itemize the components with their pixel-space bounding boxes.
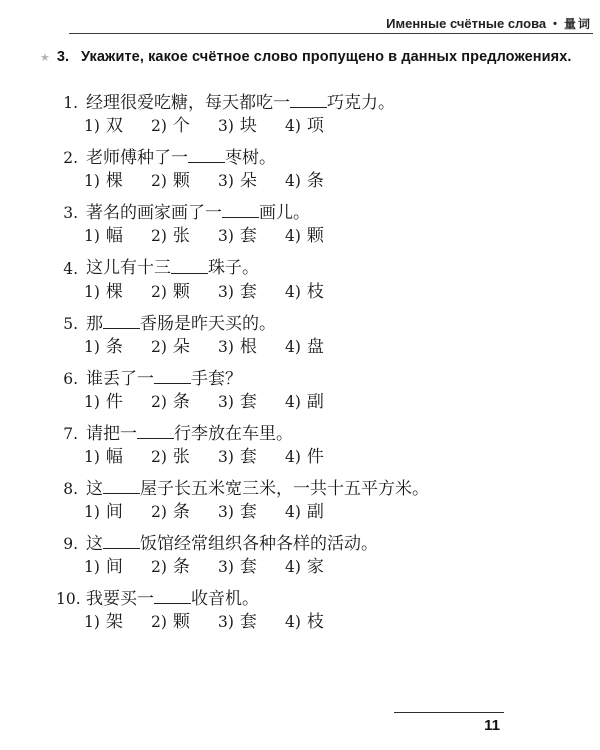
sentence-post: 珠子。 xyxy=(208,259,259,279)
option-label: 3) xyxy=(218,613,234,631)
option-value: 副 xyxy=(307,502,324,522)
option-label: 2) xyxy=(151,172,167,190)
answer-option: 1)幅 xyxy=(84,446,151,469)
answer-option: 2)条 xyxy=(151,391,218,414)
answer-option: 1)双 xyxy=(84,115,151,138)
question-10: 10. 我要买一收音机。 1)架2)颗3)套4)枝 xyxy=(0,588,600,634)
option-value: 套 xyxy=(240,447,257,467)
option-label: 4) xyxy=(285,117,301,135)
option-label: 4) xyxy=(285,283,301,301)
option-value: 颗 xyxy=(173,612,190,632)
question-number: 9. xyxy=(56,533,78,556)
sentence-post: 手套？ xyxy=(191,369,242,389)
sentence-pre: 老师傅种了一 xyxy=(86,148,188,168)
book-page: Именные счётные слова • 量词 ★ 3. Укажите,… xyxy=(0,0,600,750)
sentence-text: 这屋子长五米宽三米，一共十五平方米。 xyxy=(86,478,429,501)
question-3: 3. 著名的画家画了一画儿。 1)幅2)张3)套4)颗 xyxy=(0,202,600,248)
footer-rule xyxy=(394,712,504,713)
page-header: Именные счётные слова • 量词 xyxy=(386,15,592,32)
option-label: 3) xyxy=(218,283,234,301)
option-label: 4) xyxy=(285,503,301,521)
question-number: 7. xyxy=(56,423,78,446)
question-number: 6. xyxy=(56,368,78,391)
question-sentence: 3. 著名的画家画了一画儿。 xyxy=(0,202,600,225)
sentence-text: 我要买一收音机。 xyxy=(86,588,259,611)
answer-option: 1)间 xyxy=(84,556,151,579)
options-row: 1)条2)朵3)根4)盘 xyxy=(0,336,600,359)
options-row: 1)棵2)颗3)套4)枝 xyxy=(0,281,600,304)
option-label: 1) xyxy=(84,117,100,135)
option-value: 个 xyxy=(173,116,190,136)
options-row: 1)幅2)张3)套4)颗 xyxy=(0,225,600,248)
blank-underline xyxy=(103,478,140,494)
question-number: 1. xyxy=(56,92,78,115)
answer-option: 3)套 xyxy=(218,501,285,524)
option-label: 3) xyxy=(218,558,234,576)
answer-option: 4)家 xyxy=(285,556,352,579)
option-value: 枝 xyxy=(307,282,324,302)
option-value: 间 xyxy=(106,557,123,577)
sentence-text: 这饭馆经常组织各种各样的活动。 xyxy=(86,533,378,556)
option-value: 件 xyxy=(106,392,123,412)
answer-option: 3)根 xyxy=(218,336,285,359)
option-value: 套 xyxy=(240,612,257,632)
option-label: 2) xyxy=(151,283,167,301)
answer-option: 3)朵 xyxy=(218,170,285,193)
option-value: 幅 xyxy=(106,447,123,467)
answer-option: 1)条 xyxy=(84,336,151,359)
question-sentence: 2. 老师傅种了一枣树。 xyxy=(0,147,600,170)
answer-option: 2)颗 xyxy=(151,611,218,634)
blank-underline xyxy=(103,313,140,329)
answer-option: 1)棵 xyxy=(84,170,151,193)
option-label: 2) xyxy=(151,448,167,466)
option-value: 幅 xyxy=(106,226,123,246)
question-sentence: 6. 谁丢了一手套？ xyxy=(0,368,600,391)
answer-option: 4)枝 xyxy=(285,281,352,304)
task-number: 3. xyxy=(57,49,69,65)
answer-option: 3)套 xyxy=(218,611,285,634)
question-sentence: 5. 那香肠是昨天买的。 xyxy=(0,313,600,336)
answer-option: 3)套 xyxy=(218,225,285,248)
option-value: 套 xyxy=(240,392,257,412)
option-value: 条 xyxy=(307,171,324,191)
option-label: 1) xyxy=(84,283,100,301)
question-sentence: 4. 这儿有十三珠子。 xyxy=(0,257,600,280)
question-1: 1. 经理很爱吃糖，每天都吃一巧克力。 1)双2)个3)块4)项 xyxy=(0,92,600,138)
option-value: 件 xyxy=(307,447,324,467)
option-label: 2) xyxy=(151,613,167,631)
question-sentence: 1. 经理很爱吃糖，每天都吃一巧克力。 xyxy=(0,92,600,115)
answer-option: 3)块 xyxy=(218,115,285,138)
option-label: 4) xyxy=(285,448,301,466)
answer-option: 2)张 xyxy=(151,446,218,469)
answer-option: 2)张 xyxy=(151,225,218,248)
page-number: 11 xyxy=(478,717,506,734)
option-label: 3) xyxy=(218,393,234,411)
question-7: 7. 请把一行李放在车里。 1)幅2)张3)套4)件 xyxy=(0,423,600,469)
option-value: 棵 xyxy=(106,171,123,191)
option-value: 张 xyxy=(173,226,190,246)
answer-option: 4)副 xyxy=(285,501,352,524)
sentence-post: 饭馆经常组织各种各样的活动。 xyxy=(140,534,378,554)
question-sentence: 7. 请把一行李放在车里。 xyxy=(0,423,600,446)
options-row: 1)棵2)颗3)朵4)条 xyxy=(0,170,600,193)
answer-option: 2)条 xyxy=(151,501,218,524)
sentence-post: 巧克力。 xyxy=(327,93,395,113)
question-6: 6. 谁丢了一手套？ 1)件2)条3)套4)副 xyxy=(0,368,600,414)
option-value: 条 xyxy=(173,502,190,522)
answer-option: 3)套 xyxy=(218,446,285,469)
sentence-text: 经理很爱吃糖，每天都吃一巧克力。 xyxy=(86,92,395,115)
answer-option: 2)个 xyxy=(151,115,218,138)
question-4: 4. 这儿有十三珠子。 1)棵2)颗3)套4)枝 xyxy=(0,257,600,303)
option-label: 3) xyxy=(218,117,234,135)
answer-option: 2)条 xyxy=(151,556,218,579)
option-value: 棵 xyxy=(106,282,123,302)
blank-underline xyxy=(137,423,174,439)
option-label: 4) xyxy=(285,613,301,631)
answer-option: 2)颗 xyxy=(151,281,218,304)
answer-option: 4)副 xyxy=(285,391,352,414)
header-rule xyxy=(69,33,593,34)
option-value: 盘 xyxy=(307,337,324,357)
option-label: 3) xyxy=(218,172,234,190)
options-row: 1)双2)个3)块4)项 xyxy=(0,115,600,138)
answer-option: 3)套 xyxy=(218,281,285,304)
option-value: 副 xyxy=(307,392,324,412)
task-heading: ★ 3. Укажите, какое счётное слово пропущ… xyxy=(40,49,590,65)
sentence-pre: 谁丢了一 xyxy=(86,369,154,389)
options-row: 1)间2)条3)套4)家 xyxy=(0,556,600,579)
task-text: Укажите, какое счётное слово пропущено в… xyxy=(81,49,572,65)
options-row: 1)间2)条3)套4)副 xyxy=(0,501,600,524)
option-label: 2) xyxy=(151,338,167,356)
option-label: 2) xyxy=(151,117,167,135)
option-value: 块 xyxy=(240,116,257,136)
sentence-pre: 那 xyxy=(86,314,103,334)
option-label: 2) xyxy=(151,393,167,411)
option-label: 1) xyxy=(84,227,100,245)
option-value: 套 xyxy=(240,557,257,577)
answer-option: 1)间 xyxy=(84,501,151,524)
question-5: 5. 那香肠是昨天买的。 1)条2)朵3)根4)盘 xyxy=(0,313,600,359)
sentence-text: 老师傅种了一枣树。 xyxy=(86,147,276,170)
blank-underline xyxy=(290,92,327,108)
question-number: 3. xyxy=(56,202,78,225)
blank-underline xyxy=(171,257,208,273)
option-label: 3) xyxy=(218,448,234,466)
answer-option: 1)幅 xyxy=(84,225,151,248)
option-label: 4) xyxy=(285,558,301,576)
question-number: 2. xyxy=(56,147,78,170)
answer-option: 1)架 xyxy=(84,611,151,634)
option-label: 2) xyxy=(151,558,167,576)
answer-option: 3)套 xyxy=(218,556,285,579)
blank-underline xyxy=(103,533,140,549)
option-value: 架 xyxy=(106,612,123,632)
option-value: 项 xyxy=(307,116,324,136)
sentence-post: 收音机。 xyxy=(191,589,259,609)
option-value: 套 xyxy=(240,226,257,246)
option-value: 根 xyxy=(240,337,257,357)
option-label: 2) xyxy=(151,503,167,521)
sentence-text: 请把一行李放在车里。 xyxy=(86,423,293,446)
sentence-post: 行李放在车里。 xyxy=(174,424,293,444)
option-label: 2) xyxy=(151,227,167,245)
answer-option: 2)颗 xyxy=(151,170,218,193)
question-sentence: 8. 这屋子长五米宽三米，一共十五平方米。 xyxy=(0,478,600,501)
option-value: 颗 xyxy=(173,171,190,191)
question-number: 5. xyxy=(56,313,78,336)
bullet-icon: • xyxy=(553,18,557,30)
blank-underline xyxy=(154,368,191,384)
option-label: 1) xyxy=(84,393,100,411)
option-label: 4) xyxy=(285,338,301,356)
option-label: 4) xyxy=(285,393,301,411)
answer-option: 4)盘 xyxy=(285,336,352,359)
answer-option: 4)项 xyxy=(285,115,352,138)
question-sentence: 10. 我要买一收音机。 xyxy=(0,588,600,611)
option-value: 条 xyxy=(106,337,123,357)
option-label: 4) xyxy=(285,227,301,245)
sentence-text: 谁丢了一手套？ xyxy=(86,368,242,391)
question-2: 2. 老师傅种了一枣树。 1)棵2)颗3)朵4)条 xyxy=(0,147,600,193)
sentence-post: 屋子长五米宽三米，一共十五平方米。 xyxy=(140,479,429,499)
sentence-text: 那香肠是昨天买的。 xyxy=(86,313,276,336)
header-title-ru: Именные счётные слова xyxy=(386,16,546,31)
option-value: 双 xyxy=(106,116,123,136)
sentence-post: 枣树。 xyxy=(225,148,276,168)
option-label: 1) xyxy=(84,613,100,631)
sentence-pre: 这 xyxy=(86,479,103,499)
option-value: 条 xyxy=(173,392,190,412)
answer-option: 4)件 xyxy=(285,446,352,469)
option-value: 枝 xyxy=(307,612,324,632)
option-value: 间 xyxy=(106,502,123,522)
option-value: 颗 xyxy=(307,226,324,246)
answer-option: 1)件 xyxy=(84,391,151,414)
sentence-pre: 我要买一 xyxy=(86,589,154,609)
question-sentence: 9. 这饭馆经常组织各种各样的活动。 xyxy=(0,533,600,556)
option-value: 套 xyxy=(240,502,257,522)
sentence-pre: 经理很爱吃糖，每天都吃一 xyxy=(86,93,290,113)
sentence-post: 香肠是昨天买的。 xyxy=(140,314,276,334)
options-row: 1)架2)颗3)套4)枝 xyxy=(0,611,600,634)
answer-option: 3)套 xyxy=(218,391,285,414)
blank-underline xyxy=(154,588,191,604)
star-icon: ★ xyxy=(40,51,50,64)
question-number: 8. xyxy=(56,478,78,501)
question-9: 9. 这饭馆经常组织各种各样的活动。 1)间2)条3)套4)家 xyxy=(0,533,600,579)
option-value: 套 xyxy=(240,282,257,302)
answer-option: 4)颗 xyxy=(285,225,352,248)
option-value: 条 xyxy=(173,557,190,577)
blank-underline xyxy=(222,202,259,218)
options-row: 1)幅2)张3)套4)件 xyxy=(0,446,600,469)
sentence-post: 画儿。 xyxy=(259,203,310,223)
sentence-pre: 这 xyxy=(86,534,103,554)
sentence-pre: 著名的画家画了一 xyxy=(86,203,222,223)
option-value: 朵 xyxy=(173,337,190,357)
option-value: 家 xyxy=(307,557,324,577)
question-number: 10. xyxy=(56,588,78,611)
blank-underline xyxy=(188,147,225,163)
sentence-text: 著名的画家画了一画儿。 xyxy=(86,202,310,225)
option-label: 3) xyxy=(218,227,234,245)
option-value: 朵 xyxy=(240,171,257,191)
question-number: 4. xyxy=(56,258,78,281)
option-label: 4) xyxy=(285,172,301,190)
options-row: 1)件2)条3)套4)副 xyxy=(0,391,600,414)
answer-option: 4)条 xyxy=(285,170,352,193)
answer-option: 4)枝 xyxy=(285,611,352,634)
option-label: 1) xyxy=(84,503,100,521)
option-label: 1) xyxy=(84,338,100,356)
option-label: 1) xyxy=(84,448,100,466)
questions-list: 1. 经理很爱吃糖，每天都吃一巧克力。 1)双2)个3)块4)项 2. 老师傅种… xyxy=(0,92,600,643)
option-label: 1) xyxy=(84,558,100,576)
sentence-text: 这儿有十三珠子。 xyxy=(86,257,259,280)
sentence-pre: 请把一 xyxy=(86,424,137,444)
header-title-zh: 量词 xyxy=(564,15,592,32)
option-label: 3) xyxy=(218,338,234,356)
answer-option: 2)朵 xyxy=(151,336,218,359)
sentence-pre: 这儿有十三 xyxy=(86,259,171,279)
question-8: 8. 这屋子长五米宽三米，一共十五平方米。 1)间2)条3)套4)副 xyxy=(0,478,600,524)
answer-option: 1)棵 xyxy=(84,281,151,304)
option-label: 1) xyxy=(84,172,100,190)
option-value: 张 xyxy=(173,447,190,467)
option-label: 3) xyxy=(218,503,234,521)
option-value: 颗 xyxy=(173,282,190,302)
